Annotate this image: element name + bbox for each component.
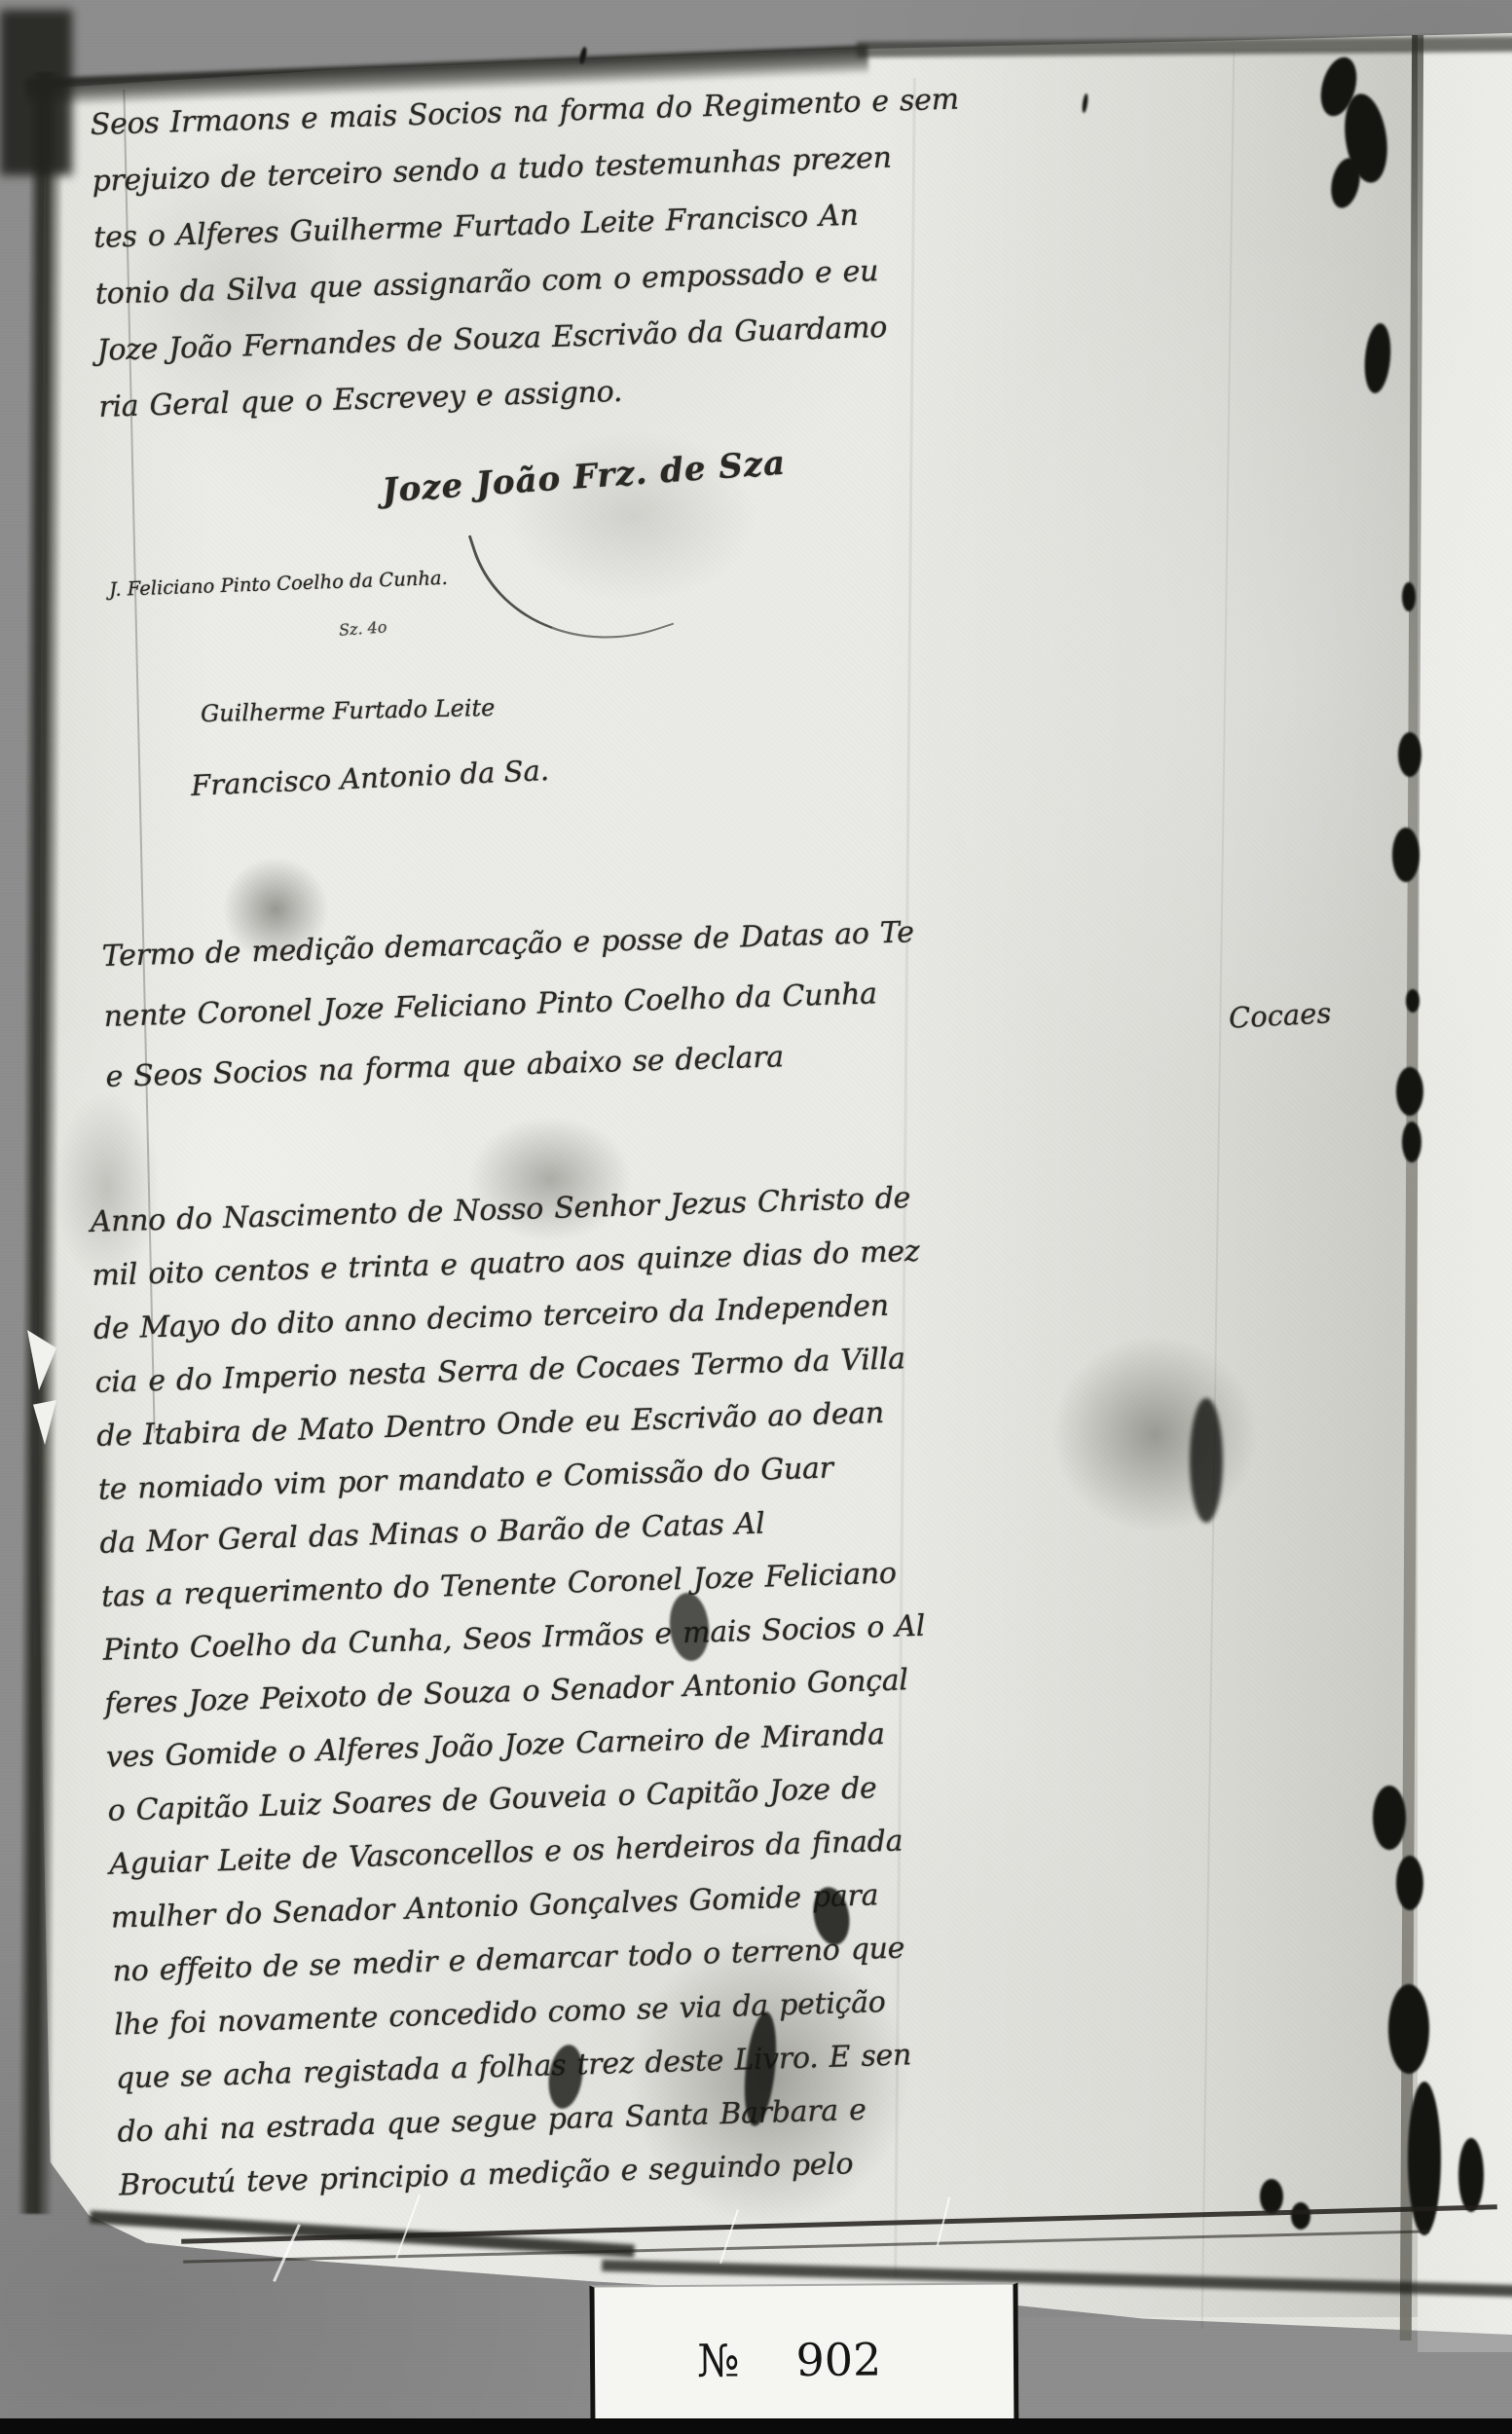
ink-blot (1396, 1856, 1423, 1910)
manuscript-photo: Seos Irmaons e mais Socios na forma do R… (0, 0, 1512, 2434)
closing-paragraph: Seos Irmaons e mais Socios na forma do R… (90, 72, 968, 436)
rubric-mark: Sz. 4o (338, 617, 387, 639)
ink-blot (1373, 1786, 1406, 1850)
label-number: 902 (795, 2333, 881, 2386)
margin-note: Cocaes (1228, 996, 1332, 1034)
ink-blot (1398, 732, 1421, 777)
photo-frame-edge (0, 2418, 1512, 2434)
body-paragraph: Anno do Nascimento de Nosso Senhor Jezus… (90, 1171, 947, 2213)
ink-blot (1402, 582, 1416, 611)
ink-blot (1406, 989, 1420, 1013)
ink-blot (1458, 2138, 1484, 2212)
numero-sign: № (697, 2334, 740, 2386)
ink-blot (1402, 1122, 1421, 1162)
ink-blot (1408, 2082, 1441, 2235)
ink-blot (1388, 1984, 1429, 2074)
archival-label: № 902 (589, 2282, 1018, 2434)
section-heading: Termo de medição demarcação e posse de D… (101, 903, 918, 1108)
ink-blot (1190, 1398, 1223, 1523)
ink-blot (1291, 2202, 1310, 2230)
ink-blot (1392, 828, 1420, 882)
ink-blot (1260, 2179, 1283, 2214)
ink-blot (1396, 1067, 1423, 1116)
